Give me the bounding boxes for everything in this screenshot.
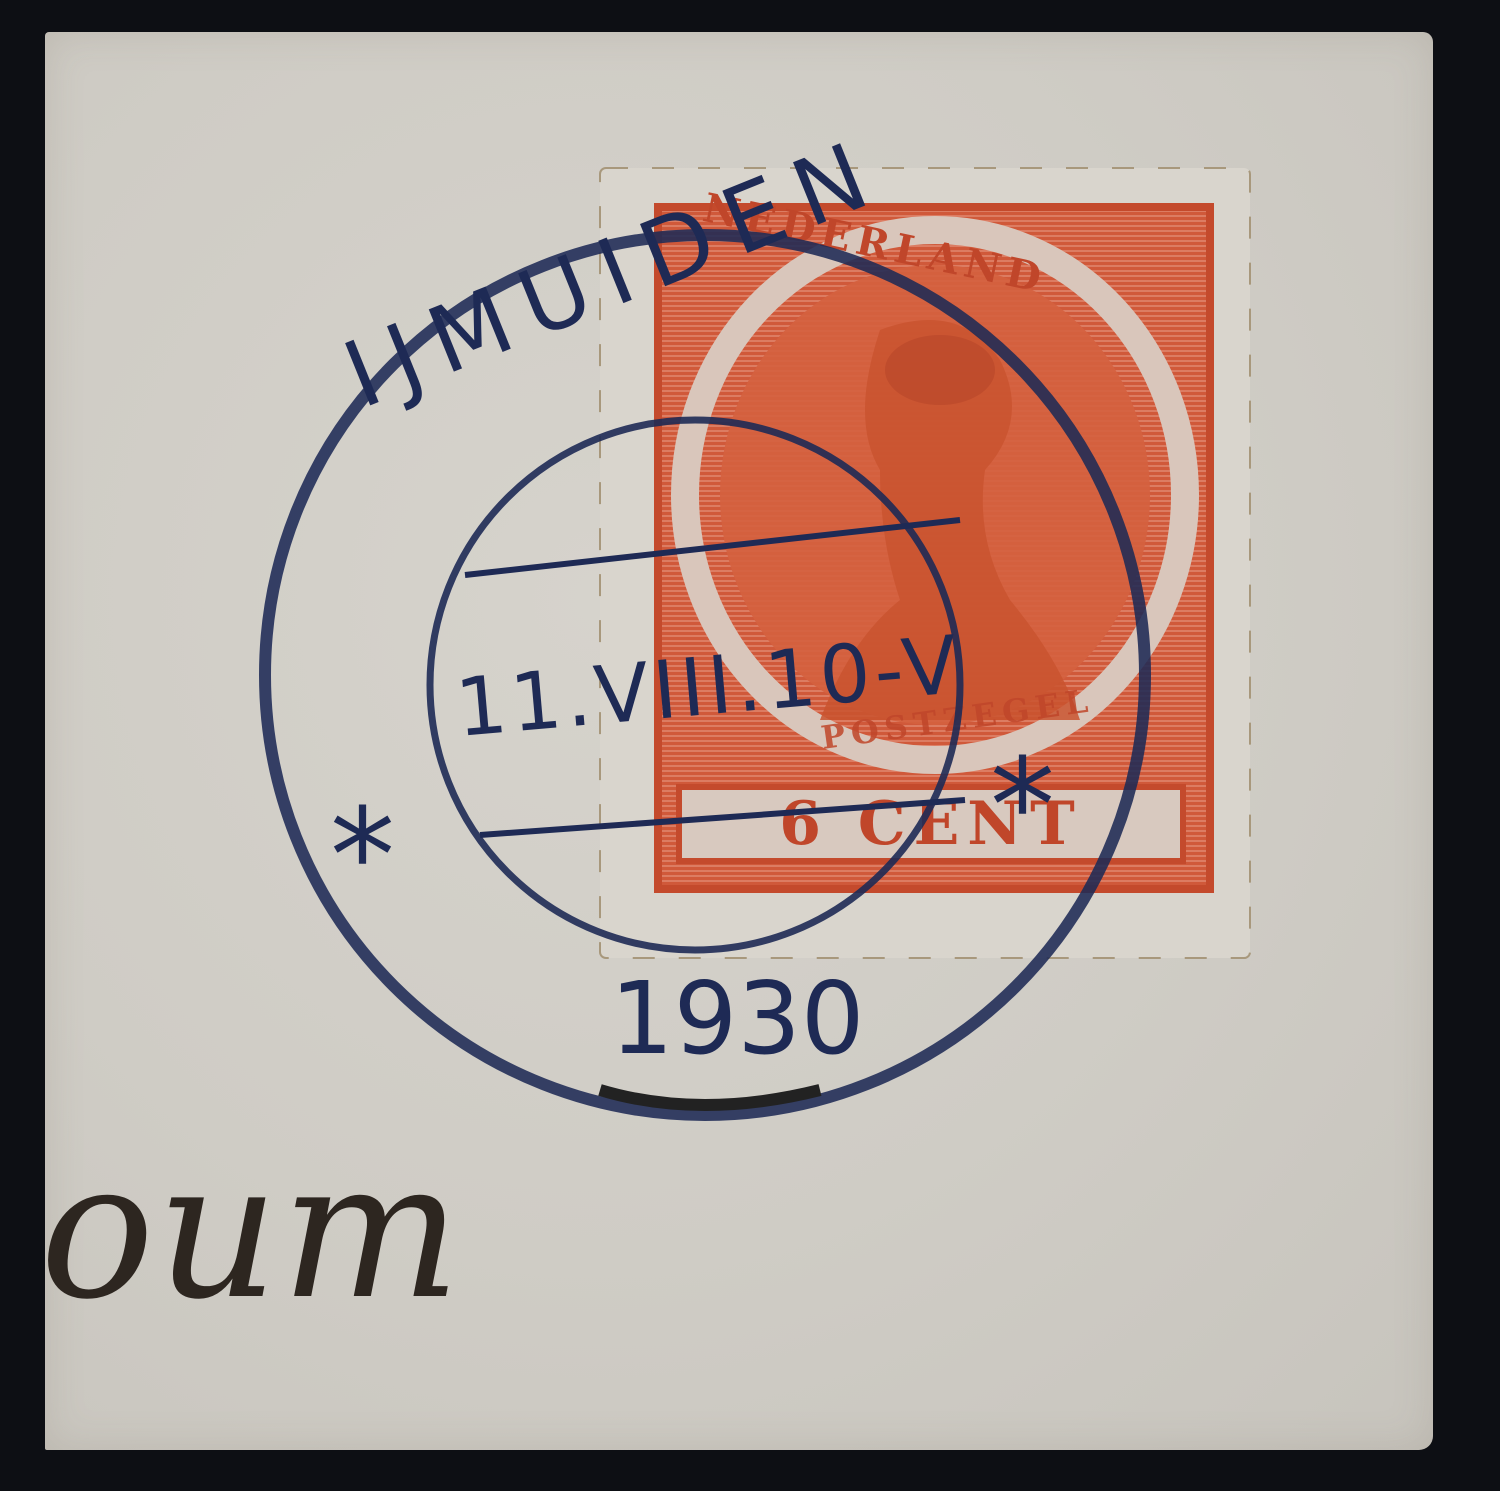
postmark-ornament-left: * [330,780,395,932]
postmark-ornament-right: * [990,730,1055,882]
handwriting: oum [40,1120,463,1341]
stamp-photo: NEDERLAND POSTZEGEL 6 CENT IJMUIDEN 11.V… [0,0,1500,1491]
postmark-year: 1930 [610,960,865,1077]
